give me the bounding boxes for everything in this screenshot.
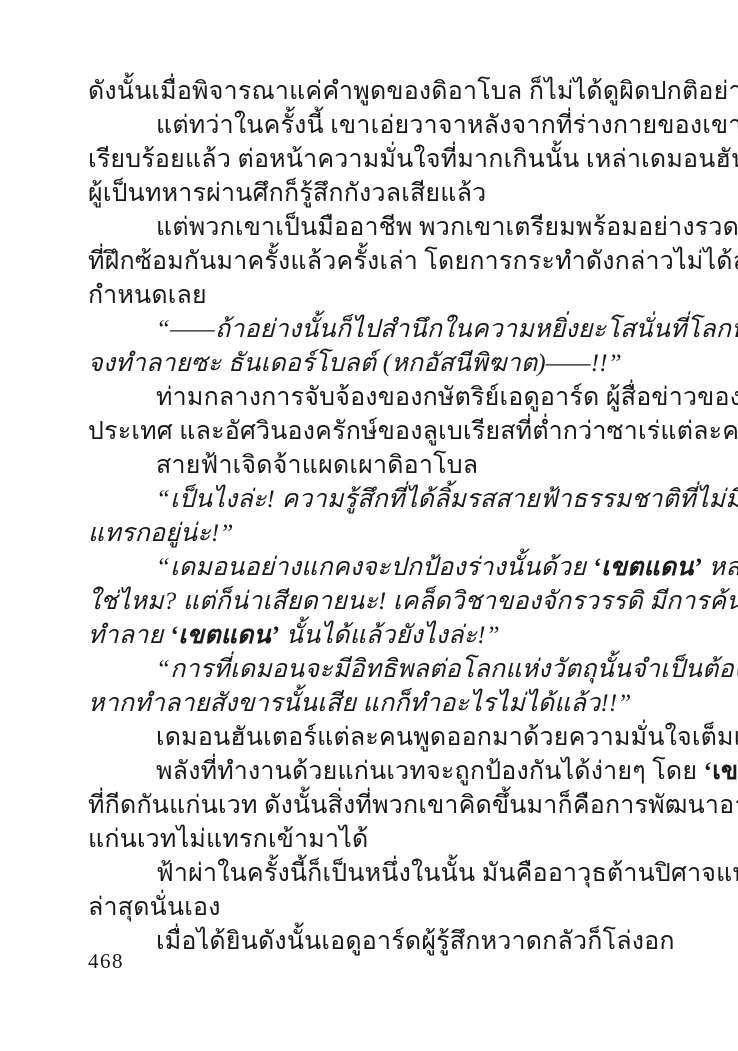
text-segment: เรียบร้อยแล้ว ต่อหน้าความมั่นใจที่มากเกิ… (88, 146, 738, 173)
text-segment: นั้นได้แล้วยังไงล่ะ!” (279, 622, 500, 649)
text-segment: แต่ทว่าในครั้งนี้ เขาเอ่ยวาจาหลังจากที่ร… (156, 112, 738, 139)
text-line: “การที่เดมอนจะมีอิทธิพลต่อโลกแห่งวัตถุนั… (88, 652, 658, 686)
text-line: ใช่ไหม? แต่ก็น่าเสียดายนะ! เคล็ดวิชาของจ… (88, 584, 658, 618)
text-segment: จงทำลายซะ ธันเดอร์โบลต์ (หกอัสนีพิฆาต)——… (88, 350, 622, 377)
text-line: ประเทศ และอัศวินองครักษ์ของลูเบเรียสที่ต… (88, 414, 658, 448)
text-segment: ที่ฝึกซ้อมกันมาครั้งแล้วครั้งเล่า โดยการ… (88, 248, 738, 275)
book-page: ดังนั้นเมื่อพิจารณาแค่คำพูดของดิอาโบล ก็… (0, 0, 738, 1051)
text-line: กำหนดเลย (88, 278, 658, 312)
text-segment: สายฟ้าเจิดจ้าแผดเผาดิอาโบล (156, 452, 478, 479)
text-line: หากทำลายสังขารนั้นเสีย แกก็ทำอะไรไม่ได้แ… (88, 686, 658, 720)
text-line: ที่กีดกันแก่นเวท ดังนั้นสิ่งที่พวกเขาคิด… (88, 788, 658, 822)
text-line: ผู้เป็นทหารผ่านศึกก็รู้สึกกังวลเสียแล้ว (88, 176, 658, 210)
text-line: ล่าสุดนั่นเอง (88, 890, 658, 924)
text-segment: ที่กีดกันแก่นเวท ดังนั้นสิ่งที่พวกเขาคิด… (88, 792, 738, 819)
text-segment: พลังที่ทำงานด้วยแก่นเวทจะถูกป้องกันได้ง่… (156, 758, 704, 785)
text-segment: หากทำลายสังขารนั้นเสีย แกก็ทำอะไรไม่ได้แ… (88, 690, 632, 717)
text-line: “——ถ้าอย่างนั้นก็ไปสำนึกในความหยิ่งยะโสน… (88, 312, 658, 346)
text-line: แก่นเวทไม่แทรกเข้ามาได้ (88, 822, 658, 856)
text-segment: เดมอนฮันเตอร์แต่ละคนพูดออกมาด้วยความมั่น… (156, 724, 738, 751)
text-segment: ใช่ไหม? แต่ก็น่าเสียดายนะ! เคล็ดวิชาของจ… (88, 588, 738, 615)
text-line: “เป็นไงล่ะ! ความรู้สึกที่ได้ลิ้มรสสายฟ้า… (88, 482, 658, 516)
text-segment: ล่าสุดนั่นเอง (88, 894, 221, 921)
text-segment: เมื่อได้ยินดังนั้นเอดูอาร์ดผู้รู้สึกหวาด… (156, 928, 675, 955)
text-segment: ดังนั้นเมื่อพิจารณาแค่คำพูดของดิอาโบล ก็… (88, 78, 738, 105)
text-segment: แทรกอยู่น่ะ!” (88, 520, 234, 547)
text-line: เดมอนฮันเตอร์แต่ละคนพูดออกมาด้วยความมั่น… (88, 720, 658, 754)
emphasized-term: ‘เขตแดน’ (704, 758, 738, 785)
text-line: แทรกอยู่น่ะ!” (88, 516, 658, 550)
text-segment: ฟ้าผ่าในครั้งนี้ก็เป็นหนึ่งในนั้น มันคือ… (156, 860, 738, 887)
text-segment: แก่นเวทไม่แทรกเข้ามาได้ (88, 826, 368, 853)
text-segment: ผู้เป็นทหารผ่านศึกก็รู้สึกกังวลเสียแล้ว (88, 180, 486, 207)
text-segment: ทำลาย (88, 622, 170, 649)
emphasized-term: ‘เขตแดน’ (593, 554, 703, 581)
text-line: แต่พวกเขาเป็นมืออาชีพ พวกเขาเตรียมพร้อมอ… (88, 210, 658, 244)
text-line: “เดมอนอย่างแกคงจะปกป้องร่างนั้นด้วย ‘เขต… (88, 550, 658, 584)
text-segment: “การที่เดมอนจะมีอิทธิพลต่อโลกแห่งวัตถุนั… (156, 656, 738, 683)
text-segment: หลากชั้น (702, 554, 738, 581)
page-text: ดังนั้นเมื่อพิจารณาแค่คำพูดของดิอาโบล ก็… (88, 74, 658, 958)
text-segment: “——ถ้าอย่างนั้นก็ไปสำนึกในความหยิ่งยะโสน… (156, 316, 738, 343)
emphasized-term: ‘เขตแดน’ (170, 622, 280, 649)
text-line: ฟ้าผ่าในครั้งนี้ก็เป็นหนึ่งในนั้น มันคือ… (88, 856, 658, 890)
text-line: ทำลาย ‘เขตแดน’ นั้นได้แล้วยังไงล่ะ!” (88, 618, 658, 652)
text-line: ท่ามกลางการจับจ้องของกษัตริย์เอดูอาร์ด ผ… (88, 380, 658, 414)
page-number: 468 (88, 949, 124, 974)
text-segment: ประเทศ และอัศวินองครักษ์ของลูเบเรียสที่ต… (88, 418, 738, 445)
text-line: แต่ทว่าในครั้งนี้ เขาเอ่ยวาจาหลังจากที่ร… (88, 108, 658, 142)
text-line: เรียบร้อยแล้ว ต่อหน้าความมั่นใจที่มากเกิ… (88, 142, 658, 176)
text-line: จงทำลายซะ ธันเดอร์โบลต์ (หกอัสนีพิฆาต)——… (88, 346, 658, 380)
text-segment: กำหนดเลย (88, 282, 207, 309)
text-segment: ท่ามกลางการจับจ้องของกษัตริย์เอดูอาร์ด ผ… (156, 384, 738, 411)
text-segment: “เป็นไงล่ะ! ความรู้สึกที่ได้ลิ้มรสสายฟ้า… (156, 486, 738, 513)
text-line: เมื่อได้ยินดังนั้นเอดูอาร์ดผู้รู้สึกหวาด… (88, 924, 658, 958)
text-line: ที่ฝึกซ้อมกันมาครั้งแล้วครั้งเล่า โดยการ… (88, 244, 658, 278)
text-segment: “เดมอนอย่างแกคงจะปกป้องร่างนั้นด้วย (156, 554, 593, 581)
text-segment: แต่พวกเขาเป็นมืออาชีพ พวกเขาเตรียมพร้อมอ… (156, 214, 738, 241)
text-line: สายฟ้าเจิดจ้าแผดเผาดิอาโบล (88, 448, 658, 482)
text-line: ดังนั้นเมื่อพิจารณาแค่คำพูดของดิอาโบล ก็… (88, 74, 658, 108)
text-line: พลังที่ทำงานด้วยแก่นเวทจะถูกป้องกันได้ง่… (88, 754, 658, 788)
